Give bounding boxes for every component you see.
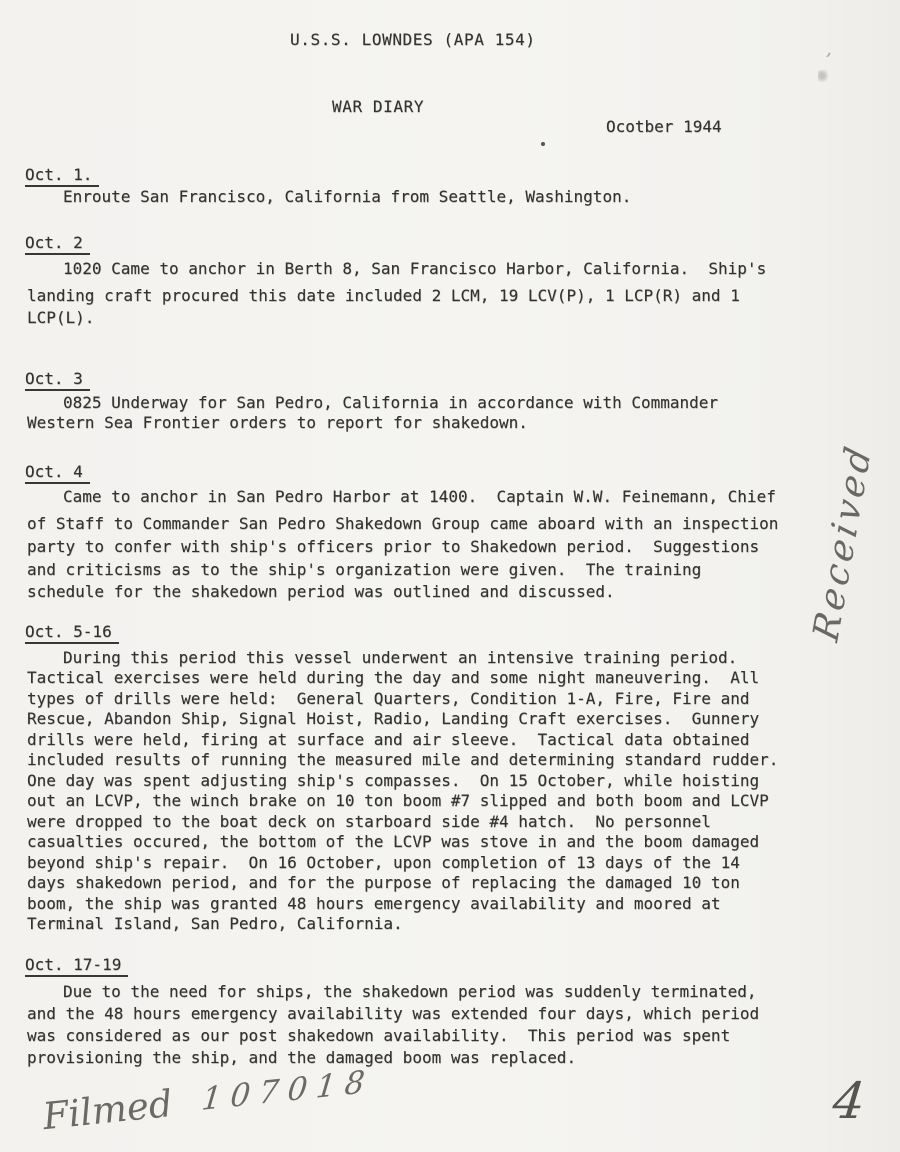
diary-line: of Staff to Commander San Pedro Shakedow… [27, 514, 778, 534]
filmed-label: Filmed [41, 1082, 175, 1138]
diary-line: Tactical exercises were held during the … [27, 668, 759, 688]
diary-line: Came to anchor in San Pedro Harbor at 14… [63, 487, 776, 507]
entry-heading-oct-4: Oct. 4 [25, 462, 90, 484]
diary-line: Enroute San Francisco, California from S… [63, 187, 631, 207]
diary-line: One day was spent adjusting ship's compa… [27, 771, 759, 791]
handwritten-page-number: 4 [830, 1072, 868, 1130]
diary-line: provisioning the ship, and the damaged b… [27, 1048, 576, 1068]
diary-line: and the 48 hours emergency availability … [27, 1004, 759, 1024]
diary-line: Terminal Island, San Pedro, California. [27, 914, 403, 934]
diary-line: schedule for the shakedown period was ou… [27, 582, 615, 602]
diary-line: types of drills were held: General Quart… [27, 689, 749, 709]
pencil-smudge [818, 70, 828, 84]
diary-line: Western Sea Frontier orders to report fo… [27, 413, 528, 433]
entry-heading-oct-1: Oct. 1. [25, 165, 99, 187]
diary-line: was considered as our post shakedown ava… [27, 1026, 730, 1046]
entry-heading-oct-17-19: Oct. 17-19 [25, 955, 128, 977]
diary-line: During this period this vessel underwent… [63, 648, 737, 668]
diary-line: 1020 Came to anchor in Berth 8, San Fran… [63, 259, 766, 279]
stray-ink-dot [541, 142, 545, 146]
diary-line: and criticisms as to the ship's organiza… [27, 560, 701, 580]
diary-line: casualties occured, the bottom of the LC… [27, 832, 759, 852]
entry-heading-oct-2: Oct. 2 [25, 233, 90, 255]
entry-heading-oct-5-16: Oct. 5-16 [25, 622, 119, 644]
diary-line: party to confer with ship's officers pri… [27, 537, 759, 557]
diary-line: LCP(L). [27, 308, 94, 328]
doc-date: Ocotber 1944 [606, 117, 722, 137]
diary-line: Rescue, Abandon Ship, Signal Hoist, Radi… [27, 709, 759, 729]
handwritten-margin-note: Received [768, 422, 900, 662]
diary-line: were dropped to the boat deck on starboa… [27, 812, 711, 832]
received-note-text: Received [806, 439, 880, 645]
diary-line: beyond ship's repair. On 16 October, upo… [27, 853, 740, 873]
diary-line: days shakedown period, and for the purpo… [27, 873, 740, 893]
filmed-number: 107018 [200, 1063, 375, 1118]
ship-title: U.S.S. LOWNDES (APA 154) [290, 30, 536, 50]
diary-line: drills were held, firing at surface and … [27, 730, 749, 750]
diary-line: Due to the need for ships, the shakedown… [63, 982, 757, 1002]
entry-heading-oct-3: Oct. 3 [25, 369, 90, 391]
diary-line: 0825 Underway for San Pedro, California … [63, 393, 718, 413]
pencil-mark: ’ [821, 48, 833, 73]
diary-line: boom, the ship was granted 48 hours emer… [27, 894, 721, 914]
diary-line: included results of running the measured… [27, 750, 778, 770]
war-diary-page: U.S.S. LOWNDES (APA 154) WAR DIARY Ocotb… [0, 0, 900, 1152]
diary-line: out an LCVP, the winch brake on 10 ton b… [27, 791, 769, 811]
diary-line: landing craft procured this date include… [27, 286, 740, 306]
handwritten-filmed-note: Filmed107018 [41, 1061, 376, 1139]
doc-title: WAR DIARY [332, 97, 424, 117]
